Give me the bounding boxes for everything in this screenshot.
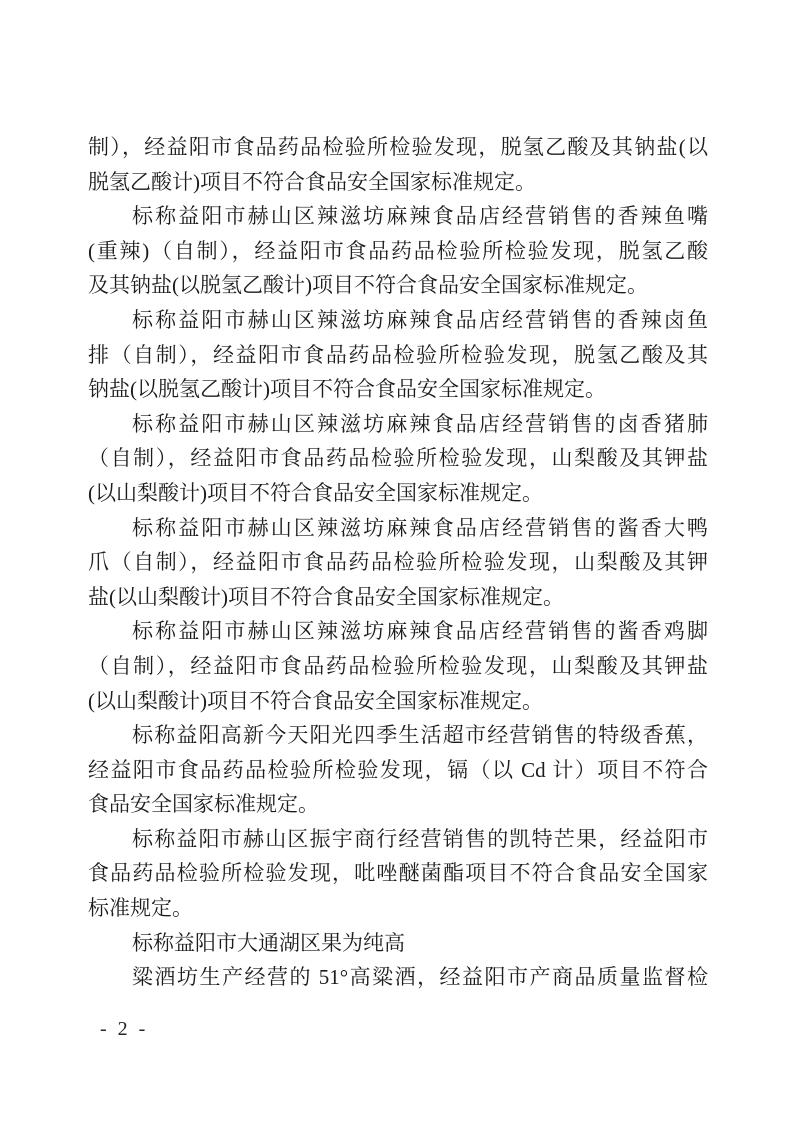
document-line: 标称益阳市赫山区辣滋坊麻辣食品店经营销售的香辣卤鱼 bbox=[88, 303, 708, 338]
document-line: （自制），经益阳市食品药品检验所检验发现，山梨酸及其钾盐 bbox=[88, 441, 708, 476]
document-line: (以山梨酸计)项目不符合食品安全国家标准规定。 bbox=[88, 476, 708, 511]
document-line: 爪（自制），经益阳市食品药品检验所检验发现，山梨酸及其钾 bbox=[88, 545, 708, 580]
document-line: 及其钠盐(以脱氢乙酸计)项目不符合食品安全国家标准规定。 bbox=[88, 268, 708, 303]
document-line: (重辣)（自制），经益阳市食品药品检验所检验发现，脱氢乙酸 bbox=[88, 234, 708, 269]
document-line: 食品药品检验所检验发现，吡唑醚菌酯项目不符合食品安全国家 bbox=[88, 856, 708, 891]
document-line: 标称益阳高新今天阳光四季生活超市经营销售的特级香蕉， bbox=[88, 718, 708, 753]
document-line: 脱氢乙酸计)项目不符合食品安全国家标准规定。 bbox=[88, 165, 708, 200]
document-body: 制），经益阳市食品药品检验所检验发现，脱氢乙酸及其钠盐(以脱氢乙酸计)项目不符合… bbox=[88, 130, 708, 995]
document-line: 标准规定。 bbox=[88, 891, 708, 926]
document-line: (以山梨酸计)项目不符合食品安全国家标准规定。 bbox=[88, 684, 708, 719]
document-line: 粱酒坊生产经营的 51°高粱酒，经益阳市产商品质量监督检 bbox=[88, 960, 708, 995]
page-number: - 2 - bbox=[100, 1018, 148, 1041]
document-line: 排（自制），经益阳市食品药品检验所检验发现，脱氢乙酸及其 bbox=[88, 338, 708, 373]
document-line: 标称益阳市赫山区辣滋坊麻辣食品店经营销售的香辣鱼嘴 bbox=[88, 199, 708, 234]
document-line: 经益阳市食品药品检验所检验发现，镉（以 Cd 计）项目不符合 bbox=[88, 753, 708, 788]
document-line: 标称益阳市大通湖区果为纯高 bbox=[88, 926, 708, 961]
document-line: 标称益阳市赫山区辣滋坊麻辣食品店经营销售的酱香鸡脚 bbox=[88, 614, 708, 649]
document-line: （自制），经益阳市食品药品检验所检验发现，山梨酸及其钾盐 bbox=[88, 649, 708, 684]
document-line: 标称益阳市赫山区振宇商行经营销售的凯特芒果，经益阳市 bbox=[88, 822, 708, 857]
document-page: 制），经益阳市食品药品检验所检验发现，脱氢乙酸及其钠盐(以脱氢乙酸计)项目不符合… bbox=[0, 0, 794, 1122]
document-line: 钠盐(以脱氢乙酸计)项目不符合食品安全国家标准规定。 bbox=[88, 372, 708, 407]
document-line: 盐(以山梨酸计)项目不符合食品安全国家标准规定。 bbox=[88, 580, 708, 615]
document-line: 制），经益阳市食品药品检验所检验发现，脱氢乙酸及其钠盐(以 bbox=[88, 130, 708, 165]
document-line: 标称益阳市赫山区辣滋坊麻辣食品店经营销售的卤香猪肺 bbox=[88, 407, 708, 442]
document-line: 标称益阳市赫山区辣滋坊麻辣食品店经营销售的酱香大鸭 bbox=[88, 511, 708, 546]
document-line: 食品安全国家标准规定。 bbox=[88, 787, 708, 822]
